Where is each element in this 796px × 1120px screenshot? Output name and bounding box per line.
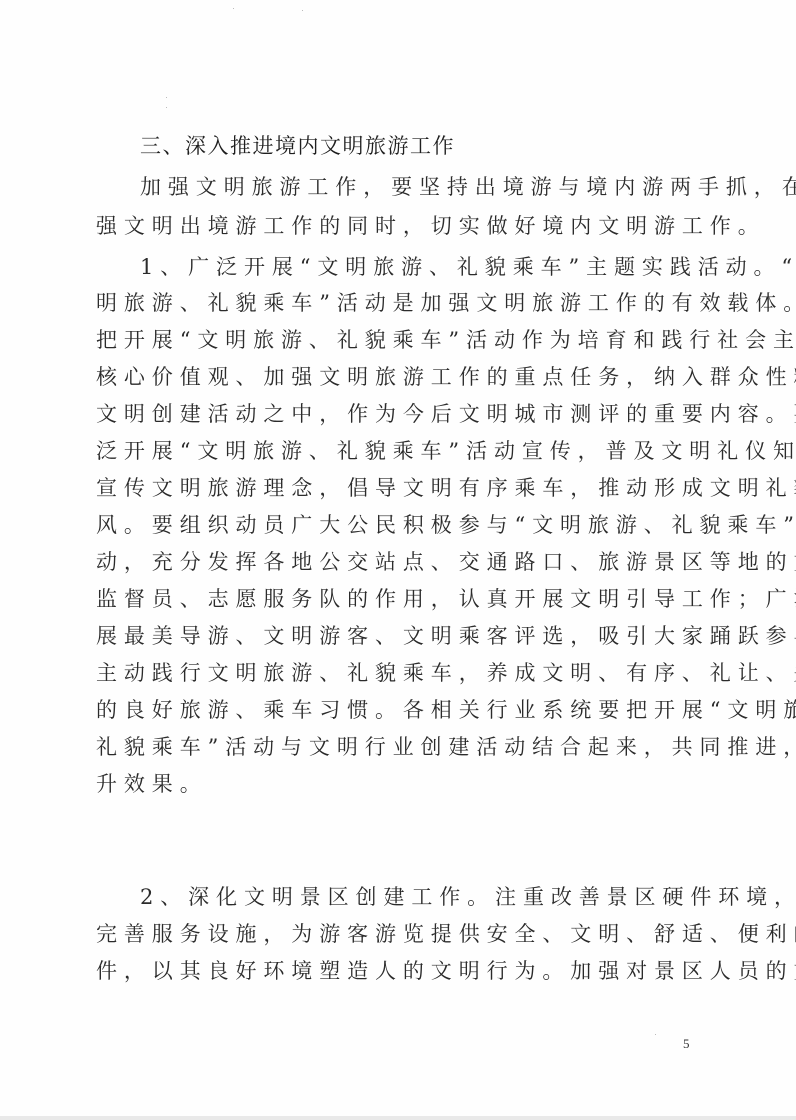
page-bottom-edge xyxy=(0,1116,796,1120)
scan-speck xyxy=(233,8,234,9)
paragraph-line: 动，充分发挥各地公交站点、交通路口、旅游景区等地的文明 xyxy=(96,547,696,577)
paragraph-line: 主动践行文明旅游、礼貌乘车，养成文明、有序、礼让、关爱 xyxy=(96,658,696,688)
paragraph-line: 展最美导游、文明游客、文明乘客评选，吸引大家踊跃参与， xyxy=(96,621,696,651)
paragraph-line: 2、深化文明景区创建工作。注重改善景区硬件环境，配套 xyxy=(140,882,740,912)
document-page: 三、深入推进境内文明旅游工作 加强文明旅游工作，要坚持出境游与境内游两手抓，在加… xyxy=(0,0,796,1120)
paragraph-line: 强文明出境游工作的同时，切实做好境内文明游工作。 xyxy=(96,211,696,241)
paragraph-line: 加强文明旅游工作，要坚持出境游与境内游两手抓，在加 xyxy=(140,172,740,202)
paragraph-line: 完善服务设施，为游客游览提供安全、文明、舒适、便利的条 xyxy=(96,919,696,949)
paragraph-line: 宣传文明旅游理念，倡导文明有序乘车，推动形成文明礼貌之 xyxy=(96,473,696,503)
scan-speck xyxy=(166,97,167,98)
paragraph-line: 文明创建活动之中，作为今后文明城市测评的重要内容。要广 xyxy=(96,399,696,429)
page-number: 5 xyxy=(683,1036,690,1052)
paragraph-line: 风。要组织动员广大公民积极参与“文明旅游、礼貌乘车”活 xyxy=(96,510,696,540)
paragraph-line: 礼貌乘车”活动与文明行业创建活动结合起来，共同推进，提 xyxy=(96,732,696,762)
scan-speck xyxy=(655,1034,656,1035)
scan-speck xyxy=(302,10,303,11)
paragraph-line: 升效果。 xyxy=(96,769,696,799)
scan-speck xyxy=(166,107,167,108)
paragraph-line: 1、广泛开展“文明旅游、礼貌乘车”主题实践活动。“文 xyxy=(140,252,740,282)
paragraph-line: 核心价值观、加强文明旅游工作的重点任务，纳入群众性精神 xyxy=(96,362,696,392)
paragraph-line: 监督员、志愿服务队的作用，认真开展文明引导工作；广泛开 xyxy=(96,584,696,614)
section-heading: 三、深入推进境内文明旅游工作 xyxy=(140,131,455,161)
paragraph-line: 的良好旅游、乘车习惯。各相关行业系统要把开展“文明旅游、 xyxy=(96,695,696,725)
paragraph-line: 明旅游、礼貌乘车”活动是加强文明旅游工作的有效载体。要 xyxy=(96,288,696,318)
paragraph-line: 件，以其良好环境塑造人的文明行为。加强对景区人员的文明 xyxy=(96,956,696,986)
paragraph-line: 泛开展“文明旅游、礼貌乘车”活动宣传，普及文明礼仪知识， xyxy=(96,436,696,466)
paragraph-line: 把开展“文明旅游、礼貌乘车”活动作为培育和践行社会主义 xyxy=(96,325,696,355)
